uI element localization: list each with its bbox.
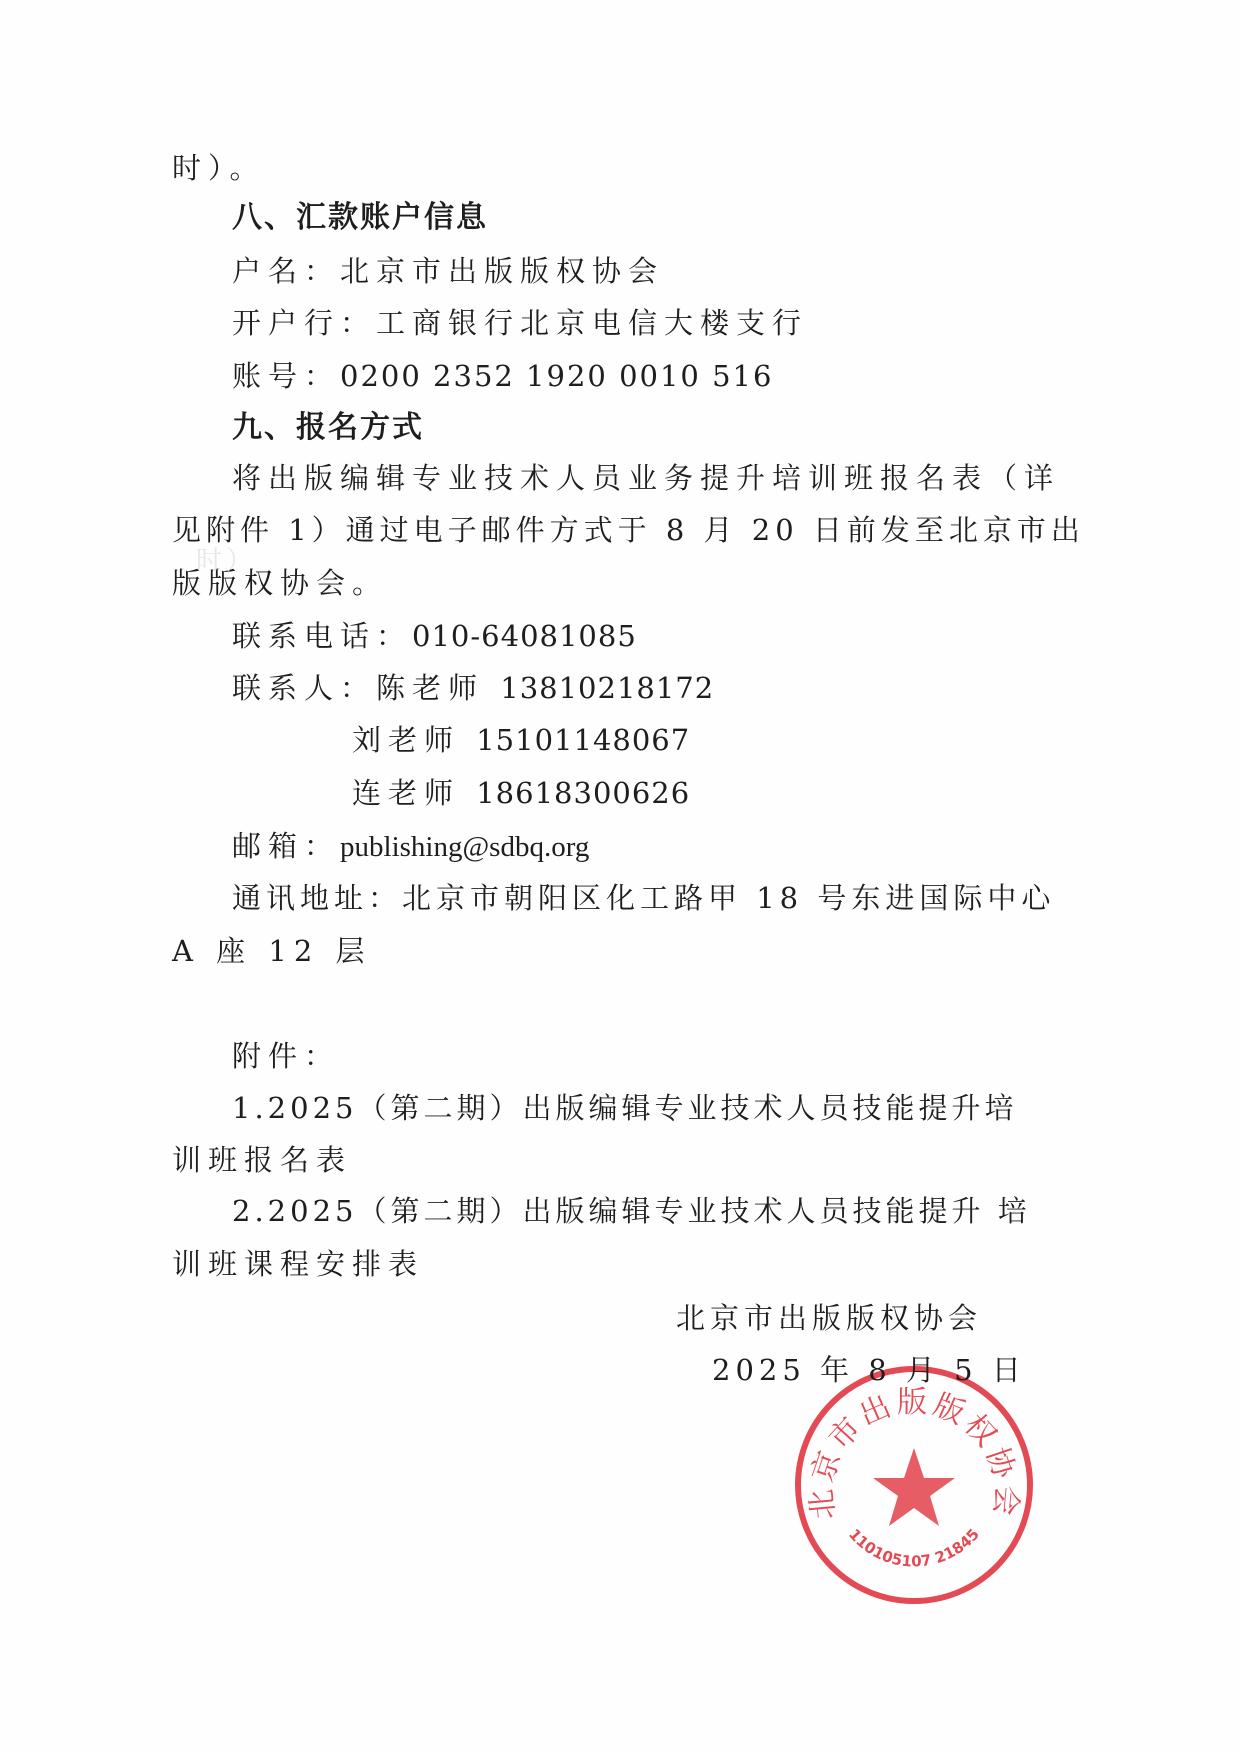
- address-label: 通讯地址：: [232, 881, 402, 915]
- attachment-1-line1: 1.2025（第二期）出版编辑专业技术人员技能提升培: [232, 1090, 1017, 1126]
- address-row: 通讯地址：北京市朝阳区化工路甲 18 号东进国际中心: [232, 880, 1055, 916]
- bank-label: 开户行：: [232, 306, 376, 340]
- bank-value: 工商银行北京电信大楼支行: [376, 306, 808, 340]
- registration-paragraph-line-2: 见附件 1）通过电子邮件方式于 8 月 20 日前发至北京市出: [172, 512, 1085, 548]
- seal-star-icon: [873, 1448, 955, 1526]
- account-name-value: 北京市出版版权协会: [340, 254, 664, 288]
- account-number-row: 账号：0200 2352 1920 0010 516: [232, 358, 773, 394]
- contact-row-1: 联系人：陈老师 13810218172: [232, 670, 714, 706]
- phone-row: 联系电话：010-64081085: [232, 618, 637, 654]
- contacts-label: 联系人：: [232, 671, 376, 705]
- attachments-label: 附件：: [232, 1038, 340, 1074]
- phone-value: 010-64081085: [412, 619, 637, 653]
- continuation-text: 时）。: [172, 150, 266, 186]
- account-number-value: 0200 2352 1920 0010 516: [340, 359, 773, 393]
- contact-name: 刘老师: [352, 723, 460, 757]
- contact-name: 连老师: [352, 776, 460, 810]
- seal-code-text: 110105107 21845: [845, 1525, 983, 1570]
- section8-heading: 八、汇款账户信息: [232, 200, 488, 236]
- phone-label: 联系电话：: [232, 619, 412, 653]
- attachment-1-line2: 训班报名表: [172, 1142, 352, 1178]
- official-seal: 北京市出版版权协会 110105107 21845: [795, 1366, 1033, 1604]
- account-name-label: 户名：: [232, 254, 340, 288]
- contact-phone: 18618300626: [476, 776, 690, 810]
- registration-paragraph-line-1: 将出版编辑专业技术人员业务提升培训班报名表（详: [232, 460, 1060, 496]
- signature-organization: 北京市出版版权协会: [676, 1296, 982, 1337]
- svg-text:110105107 21845: 110105107 21845: [845, 1525, 983, 1570]
- account-number-label: 账号：: [232, 359, 340, 393]
- email-label: 邮箱：: [232, 829, 340, 863]
- seal-graphic-icon: 北京市出版版权协会 110105107 21845: [795, 1366, 1033, 1604]
- contact-row-3: 连老师 18618300626: [352, 775, 690, 811]
- section9-heading: 九、报名方式: [232, 410, 424, 446]
- email-link[interactable]: publishing@sdbq.org: [340, 831, 589, 863]
- account-name-row: 户名：北京市出版版权协会: [232, 253, 664, 289]
- contact-name: 陈老师: [376, 671, 484, 705]
- address-value-line1: 北京市朝阳区化工路甲 18 号东进国际中心: [402, 881, 1055, 915]
- address-value-line2: A 座 12 层: [172, 933, 372, 969]
- contact-phone: 15101148067: [476, 723, 690, 757]
- contact-row-2: 刘老师 15101148067: [352, 722, 690, 758]
- attachment-2-line1: 2.2025（第二期）出版编辑专业技术人员技能提升 培: [232, 1193, 1031, 1229]
- contact-phone: 13810218172: [500, 671, 714, 705]
- email-row: 邮箱：publishing@sdbq.org: [232, 828, 589, 865]
- signature-date: 2025 年 8 月 5 日: [712, 1348, 1026, 1389]
- bleed-through-ghost-text: 时）: [196, 540, 256, 577]
- document-page: 时）。 八、汇款账户信息 户名：北京市出版版权协会 开户行：工商银行北京电信大楼…: [0, 0, 1240, 1753]
- bank-row: 开户行：工商银行北京电信大楼支行: [232, 305, 808, 341]
- attachment-2-line2: 训班课程安排表: [172, 1246, 424, 1282]
